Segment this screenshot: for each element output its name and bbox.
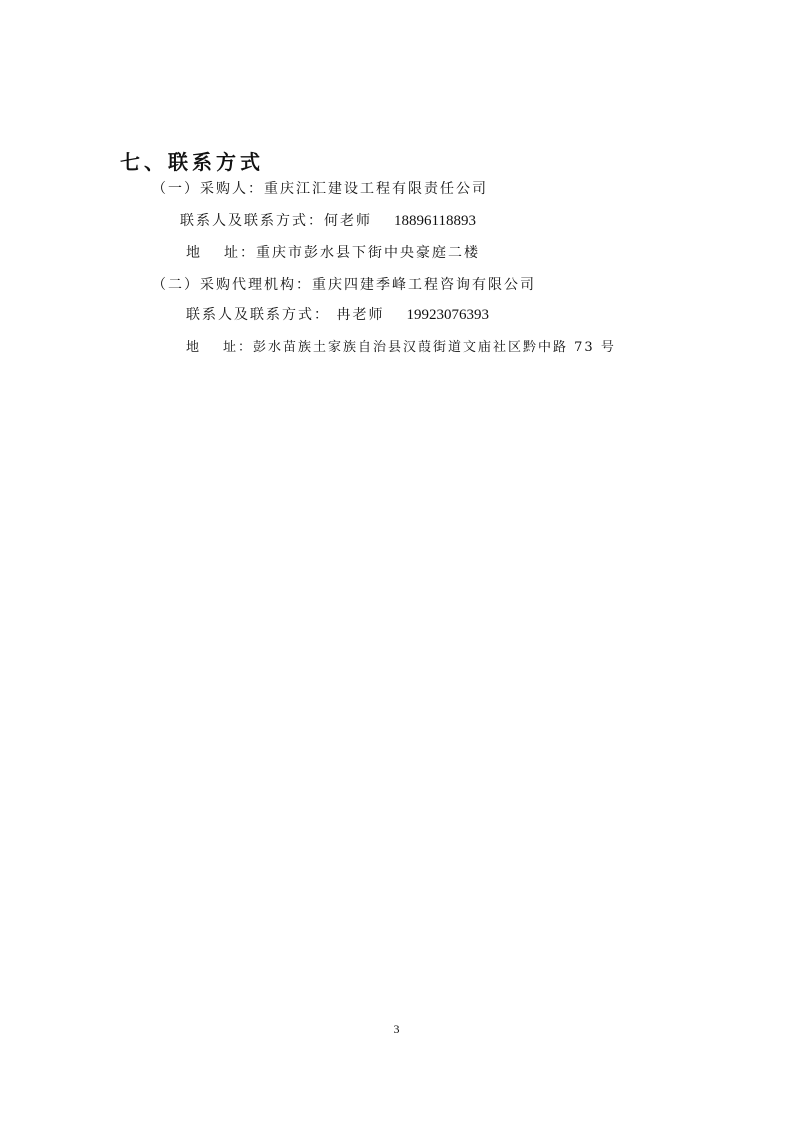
purchaser-address-value: 重庆市彭水县下街中央豪庭二楼 (256, 245, 480, 261)
agency-contact-phone: 19923076393 (406, 307, 489, 323)
page-number: 3 (0, 1022, 793, 1037)
purchaser-contact-phone: 18896118893 (394, 213, 476, 229)
purchaser-contact-label: 联系人及联系方式：何老师 (180, 213, 372, 229)
agency-line: （二）采购代理机构：重庆四建季峰工程咨询有限公司 (152, 274, 536, 294)
address-label: 地 (186, 245, 202, 261)
section-title: 七、联系方式 (120, 146, 264, 175)
agency-address-value: 彭水苗族土家族自治县汉葭街道文庙社区黔中路 73 号 (253, 340, 616, 355)
address-label: 址： (224, 245, 256, 261)
purchaser-contact: 联系人及联系方式：何老师18896118893 (180, 210, 476, 230)
address-label: 地 (186, 340, 201, 355)
purchaser-line: （一）采购人：重庆江汇建设工程有限责任公司 (152, 178, 488, 198)
agency-contact-label: 联系人及联系方式： 冉老师 (186, 307, 384, 323)
agency-contact: 联系人及联系方式： 冉老师19923076393 (186, 304, 489, 324)
purchaser-address: 地址：重庆市彭水县下街中央豪庭二楼 (186, 242, 480, 262)
agency-address: 地址：彭水苗族土家族自治县汉葭街道文庙社区黔中路 73 号 (186, 336, 616, 355)
address-label: 址： (223, 340, 253, 355)
